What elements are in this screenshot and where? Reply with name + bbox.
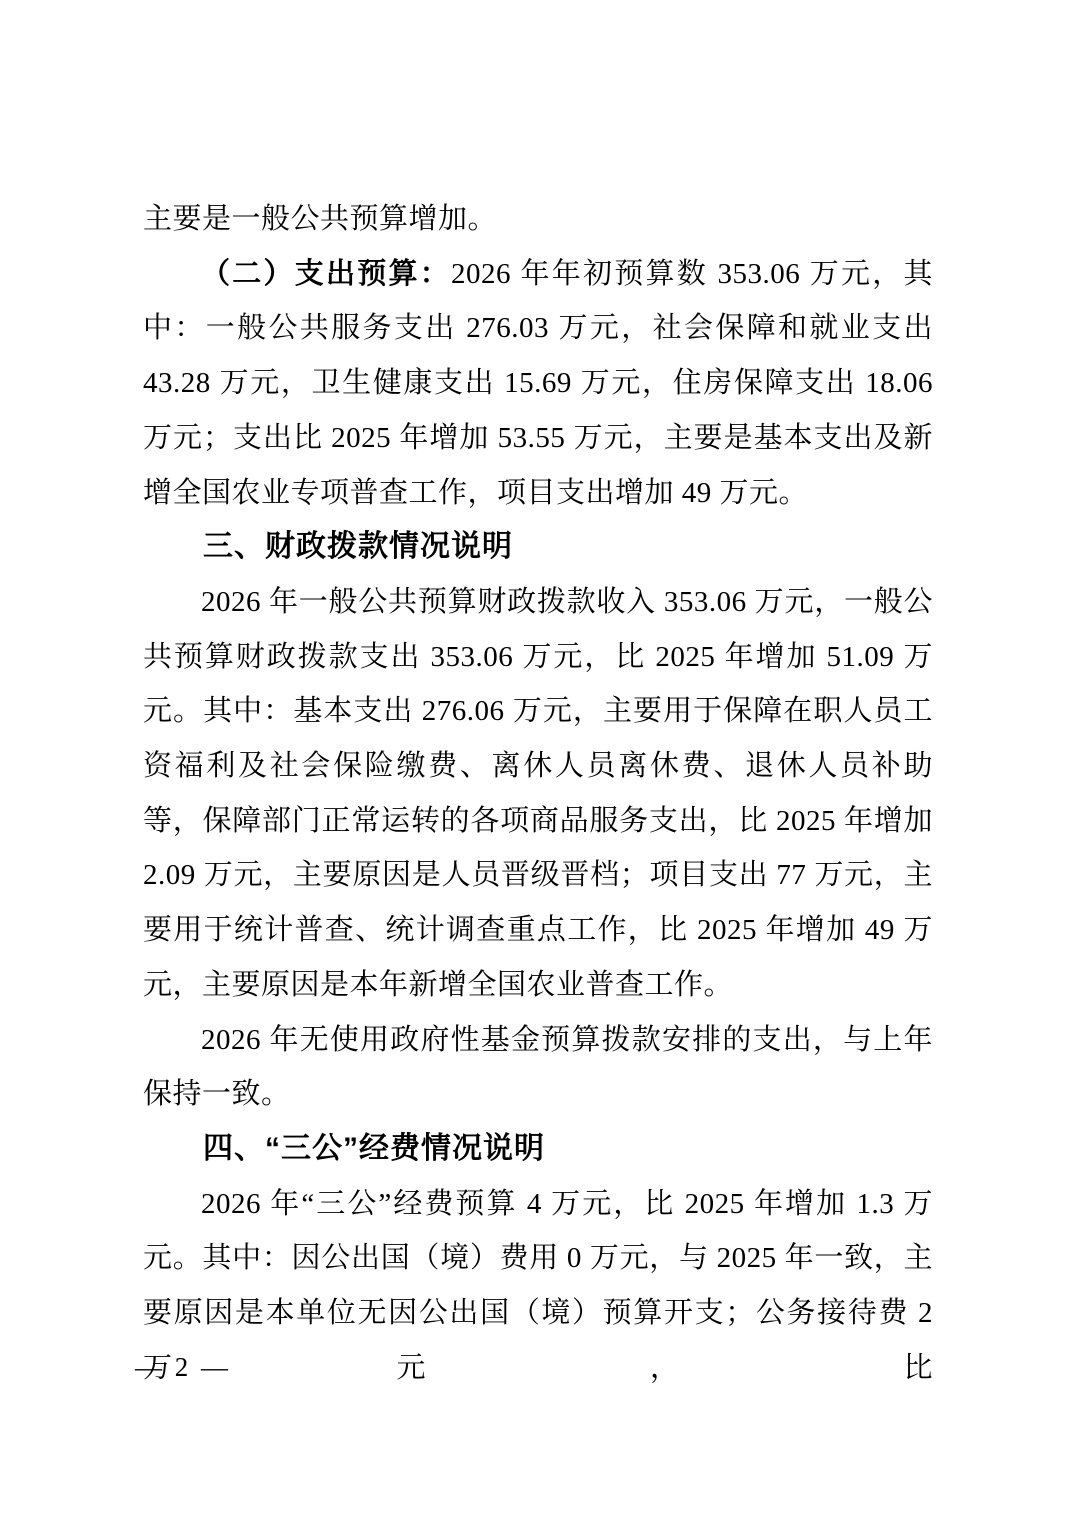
section-heading-three-public-expenses: 四、“三公”经费情况说明 [143,1122,933,1177]
paragraph-fiscal-appropriation-detail: 2026 年一般公共预算财政拨款收入 353.06 万元，一般公共预算财政拨款支… [143,575,933,1013]
document-page: 主要是一般公共预算增加。 （二）支出预算：2026 年年初预算数 353.06 … [0,0,1074,1520]
page-number: — 2 — [135,1352,231,1383]
paragraph-continuation: 主要是一般公共预算增加。 [143,192,933,247]
paragraph-government-fund: 2026 年无使用政府性基金预算拨款安排的支出，与上年保持一致。 [143,1013,933,1122]
paragraph-expenditure-budget: （二）支出预算：2026 年年初预算数 353.06 万元，其中：一般公共服务支… [143,247,933,521]
section-heading-fiscal-appropriation: 三、财政拨款情况说明 [143,520,933,575]
document-body: 主要是一般公共预算增加。 （二）支出预算：2026 年年初预算数 353.06 … [143,192,933,1395]
paragraph-lead-label: （二）支出预算： [201,258,451,290]
paragraph-three-public-expenses-detail: 2026 年“三公”经费预算 4 万元，比 2025 年增加 1.3 万元。其中… [143,1177,933,1396]
paragraph-text: 2026 年年初预算数 353.06 万元，其中：一般公共服务支出 276.03… [143,258,933,509]
